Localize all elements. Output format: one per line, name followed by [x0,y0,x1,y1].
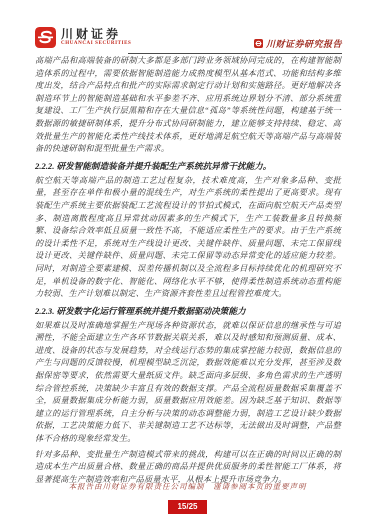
page-number-badge: 15/25 [168,500,206,514]
report-page: 川财证券 CHUANCAI SECURITIES 川财证券研究报告 高端产品和高… [0,0,375,530]
report-type-label: 川财证券研究报告 [254,37,342,50]
report-label-text: 川财证券研究报告 [266,37,342,50]
paragraph-section-222: 航空航天等高端产品的制造工艺过程复杂，技术难度高，生产对象多品种、变批量，甚至存… [35,175,341,301]
footer-disclaimer: 本报告由川财证券有限责任公司编制 谨请参阅本页的重要声明 [0,481,375,492]
paragraph-section-223: 如果难以及时准确地掌握生产现场各种资源状态，就难以保证信息的继承性与可追溯性，不… [35,320,341,446]
report-body: 高端产品和高端装备的研制大多都是多部门跨业务领域协同完成的，在构建智能制造体系的… [35,55,341,489]
brand-logo: 川财证券 CHUANCAI SECURITIES [35,27,131,48]
brand-name-cn: 川财证券 [61,28,131,41]
report-footer: 本报告由川财证券有限责任公司编制 谨请参阅本页的重要声明 15/25 [0,481,375,514]
section-heading-223: 2.2.3. 研发数字化运行管理系统并提升数据驱动决策能力 [35,305,341,317]
brand-name-en: CHUANCAI SECURITIES [61,41,131,47]
report-badge-icon [254,39,266,48]
brand-text: 川财证券 CHUANCAI SECURITIES [61,27,131,47]
paragraph-intro: 高端产品和高端装备的研制大多都是多部门跨业务领域协同完成的，在构建智能制造体系的… [35,55,341,156]
chuancai-logo-icon [35,27,56,48]
report-header: 川财证券 CHUANCAI SECURITIES 川财证券研究报告 [35,27,342,54]
header-divider [128,53,342,54]
section-heading-222: 2.2.2. 研发智能制造装备并提升装配生产系统抗异常干扰能力。 [35,160,341,172]
